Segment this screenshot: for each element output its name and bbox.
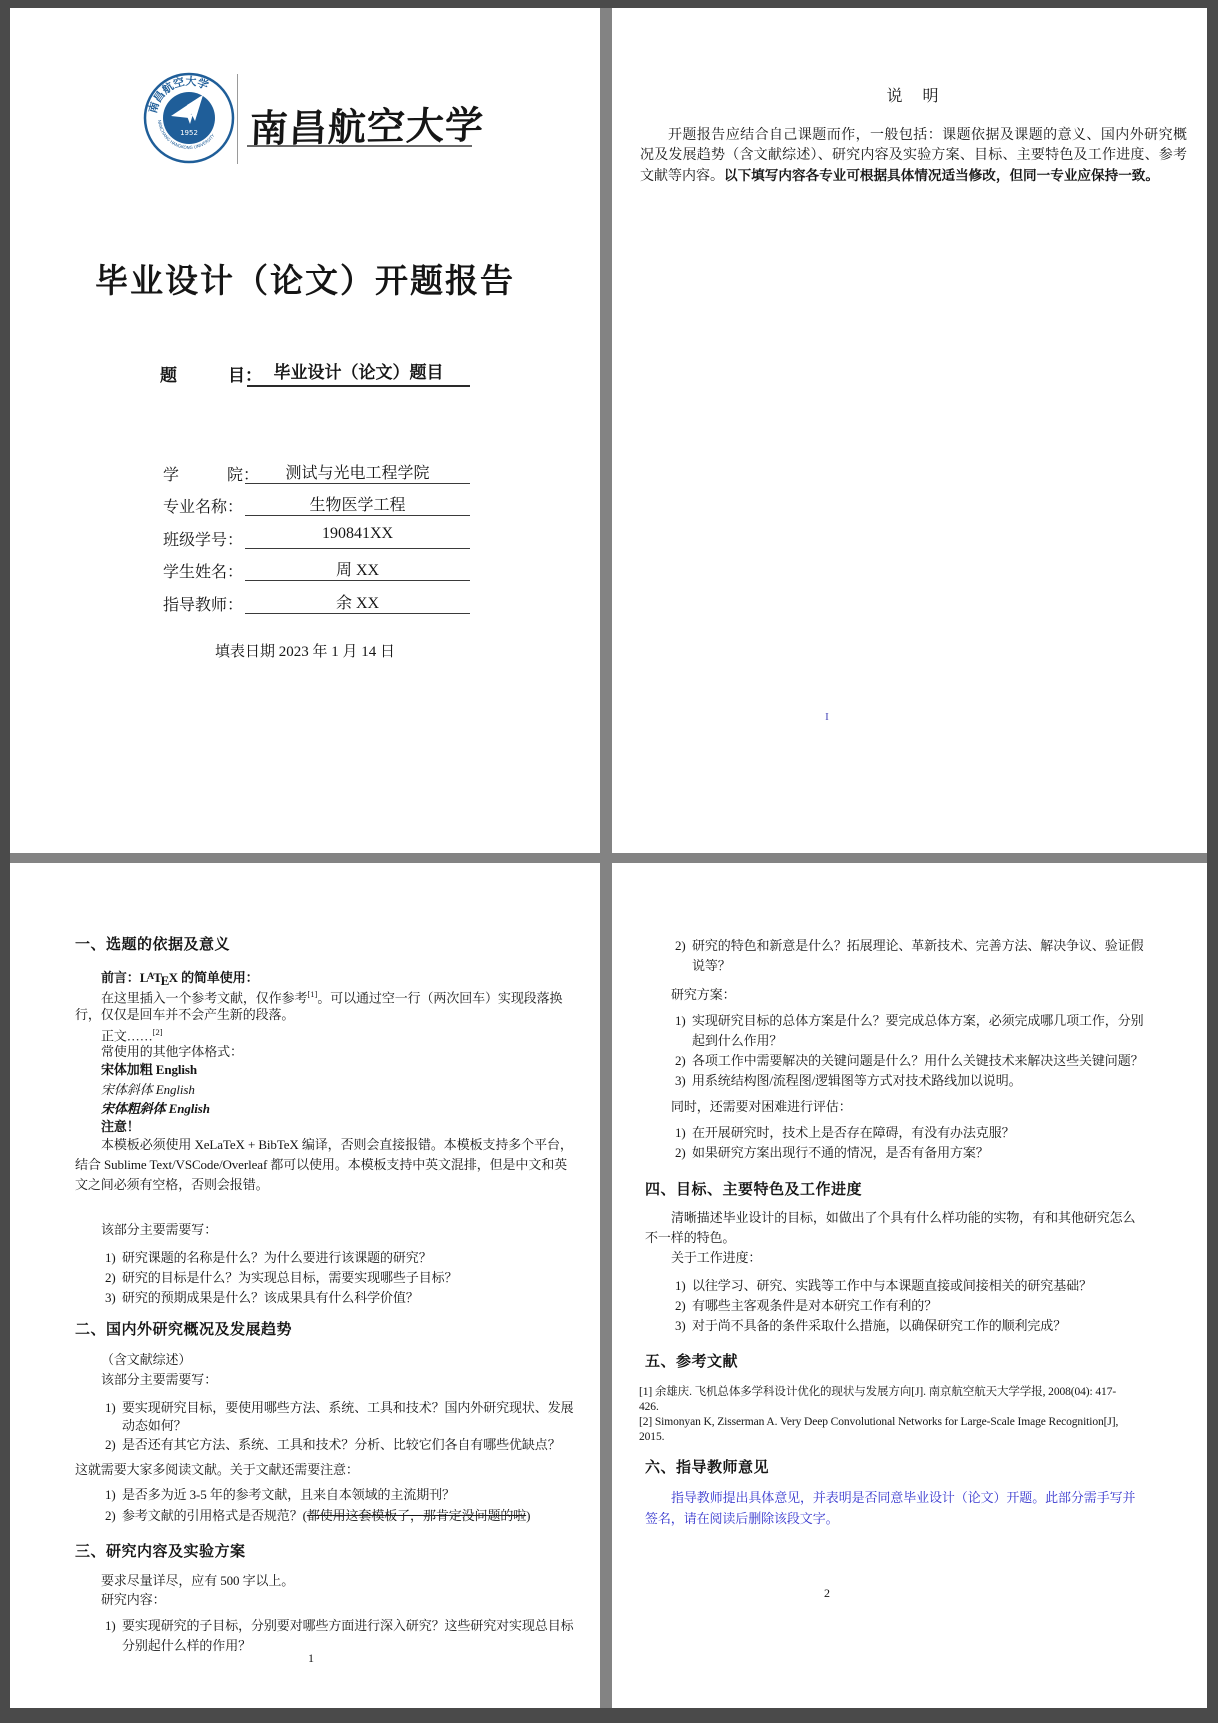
- fill-date: 填表日期 2023 年 1 月 14 日: [10, 640, 600, 661]
- page-cover: 南昌航空大学 NANCHANG HANGKONG UNIVERSITY 1952…: [10, 8, 600, 853]
- preface-suffix: 的简单使用：: [178, 970, 259, 985]
- notice-line: 注意！: [75, 1117, 547, 1136]
- list-number: 2): [675, 1051, 686, 1070]
- notes-line-normal: 文献等内容。: [640, 169, 724, 184]
- list-text: 研究课题的名称是什么？为什么要进行该课题的研究？: [122, 1248, 432, 1267]
- section-heading-2: 二、国内外研究概况及发展趋势: [75, 1318, 292, 1339]
- notes-line: 况及发展趋势（含文献综述）、研究内容及实验方案、目标、主要特色及工作进度、参考: [640, 146, 1187, 166]
- field-label: 专业名称：: [163, 494, 243, 517]
- subject-value: 毕业设计（论文）题目: [247, 358, 470, 387]
- page-number: 2: [807, 1586, 847, 1601]
- list-item-continuation: 说等？: [645, 956, 1115, 975]
- notes-title: 说 明: [640, 83, 1187, 106]
- body-line: 该部分主要需要写：: [75, 1370, 547, 1389]
- font-sample-bold-italic: 宋体粗斜体 English: [75, 1099, 547, 1118]
- citation-link[interactable]: [1]: [307, 989, 317, 999]
- body-line: 这就需要大家多阅读文献。关于文献还需要注意：: [75, 1460, 547, 1479]
- body-line: 研究方案：: [645, 985, 1115, 1004]
- body-line: 要求尽量详尽，应有 500 字以上。: [75, 1571, 547, 1590]
- advisor-placeholder-line: 指导教师提出具体意见，并表明是否同意毕业设计（论文）开题。此部分需手写并: [645, 1488, 1115, 1507]
- body-text: 。可以通过空一行（两次回车）实现段落换: [317, 990, 562, 1005]
- notes-line: 文献等内容。以下填写内容各专业可根据具体情况适当修改，但同一专业应保持一致。: [640, 166, 1187, 187]
- reference-line: 2015.: [639, 1430, 1117, 1445]
- body-line: 文之间必须有空格，否则会报错。: [75, 1175, 547, 1194]
- university-logo-icon: 南昌航空大学 NANCHANG HANGKONG UNIVERSITY 1952: [143, 72, 235, 164]
- body-line: （含文献综述）: [75, 1350, 547, 1369]
- field-value: 190841XX: [245, 525, 470, 549]
- list-text: 是否多为近 3-5 年的参考文献，且来自本领域的主流期刊？: [122, 1485, 455, 1504]
- citation-link[interactable]: [2]: [153, 1027, 163, 1037]
- body-line: 行，仅仅是回车并不会产生新的段落。: [75, 1005, 547, 1024]
- field-row-advisor: 指导教师： 余 XX: [10, 590, 600, 618]
- section-heading-3: 三、研究内容及实验方案: [75, 1540, 246, 1561]
- field-value: 周 XX: [245, 557, 470, 581]
- list-number: 1): [675, 1123, 686, 1142]
- section-heading-4: 四、目标、主要特色及工作进度: [645, 1178, 862, 1199]
- preface-prefix: 前言：: [101, 970, 140, 985]
- list-text: 要实现研究的子目标，分别要对哪些方面进行深入研究？这些研究对实现总目标: [122, 1616, 574, 1635]
- list-text: 以往学习、研究、实践等工作中与本课题直接或间接相关的研究基础？: [692, 1276, 1092, 1295]
- list-number: 1): [105, 1398, 116, 1417]
- font-sample-italic: 宋体斜体 English: [75, 1080, 547, 1099]
- cover-title: 毕业设计（论文）开题报告: [10, 255, 600, 302]
- list-text: 是否还有其它方法、系统、工具和技术？分析、比较它们各自有哪些优缺点？: [122, 1435, 561, 1454]
- page-number: 1: [75, 1651, 547, 1666]
- list-number: 2): [105, 1268, 116, 1287]
- list-text: 有哪些主客观条件是对本研究工作有利的？: [692, 1296, 937, 1315]
- list-text: 参考文献的引用格式是否规范？(都使用这套模板了，那肯定没问题的啦): [122, 1506, 530, 1525]
- list-text: 研究的目标是什么？为实现总目标，需要实现哪些子目标？: [122, 1268, 457, 1287]
- reference-line: [1] 余雄庆. 飞机总体多学科设计优化的现状与发展方向[J]. 南京航空航天大…: [639, 1385, 1117, 1400]
- list-number: 3): [675, 1316, 686, 1335]
- list-number: 1): [105, 1485, 116, 1504]
- field-value: 测试与光电工程学院: [245, 460, 470, 484]
- body-line: 常使用的其他字体格式：: [75, 1042, 547, 1061]
- body-line: 本模板必须使用 XeLaTeX + BibTeX 编译，否则会直接报错。本模板支…: [75, 1135, 547, 1154]
- latex-logo: LATEX: [140, 970, 178, 985]
- field-value: 生物医学工程: [245, 492, 470, 516]
- list-number: 2): [105, 1506, 116, 1525]
- university-name-underline: [247, 145, 472, 147]
- list-text: 研究的特色和新意是什么？拓展理论、革新技术、完善方法、解决争议、验证假: [692, 936, 1144, 955]
- field-label: 指导教师：: [163, 592, 243, 615]
- field-row-major: 专业名称： 生物医学工程: [10, 492, 600, 520]
- list-number: 2): [675, 936, 686, 955]
- field-row-student-name: 学生姓名： 周 XX: [10, 557, 600, 585]
- list-text: 研究的预期成果是什么？该成果具有什么科学价值？: [122, 1288, 419, 1307]
- field-label: 学生姓名：: [163, 559, 243, 582]
- list-number: 2): [675, 1296, 686, 1315]
- reference-line: 426.: [639, 1400, 1117, 1415]
- list-text: 对于尚不具备的条件采取什么措施，以确保研究工作的顺利完成？: [692, 1316, 1066, 1335]
- list-text: 要实现研究目标，要使用哪些方法、系统、工具和技术？国内外研究现状、发展: [122, 1398, 574, 1417]
- logo-divider: [237, 74, 238, 164]
- list-item-continuation: 动态如何？: [75, 1416, 547, 1435]
- body-line: 结合 Sublime Text/VSCode/Overleaf 都可以使用。本模…: [75, 1155, 547, 1174]
- body-line: 该部分主要需要写：: [75, 1220, 547, 1239]
- body-line: 研究内容：: [75, 1590, 547, 1609]
- body-line: 同时，还需要对困难进行评估：: [645, 1097, 1115, 1116]
- list-number: 1): [105, 1616, 116, 1635]
- pdf-viewer-background: { "cover": { "logo": { "ring_top_text": …: [0, 0, 1218, 1723]
- list-text: 各项工作中需要解决的关键问题是什么？用什么关键技术来解决这些关键问题？: [692, 1051, 1144, 1070]
- list-number: 2): [105, 1435, 116, 1454]
- reference-line: [2] Simonyan K, Zisserman A. Very Deep C…: [639, 1415, 1117, 1430]
- list-text: 在开展研究时，技术上是否存在障碍，有没有办法克服？: [692, 1123, 1015, 1142]
- page-number: I: [807, 711, 847, 723]
- list-number: 3): [675, 1071, 686, 1090]
- field-value: 余 XX: [245, 590, 470, 614]
- svg-text:1952: 1952: [180, 129, 198, 137]
- notes-line: 开题报告应结合自己课题而作，一般包括：课题依据及课题的意义、国内外研究概: [640, 126, 1187, 146]
- body-line: 关于工作进度：: [645, 1248, 1115, 1267]
- list-number: 1): [675, 1011, 686, 1030]
- field-row-college: 学 院： 测试与光电工程学院: [10, 460, 600, 488]
- page-notes: 说 明 开题报告应结合自己课题而作，一般包括：课题依据及课题的意义、国内外研究概…: [612, 8, 1207, 853]
- body-line: 清晰描述毕业设计的目标，如做出了个具有什么样功能的实物，有和其他研究怎么: [645, 1208, 1115, 1227]
- page-body-2: 2)研究的特色和新意是什么？拓展理论、革新技术、完善方法、解决争议、验证假 说等…: [612, 863, 1207, 1708]
- subject-row: 题 目： 毕业设计（论文）题目: [10, 358, 600, 392]
- notes-line-bold: 以下填写内容各专业可根据具体情况适当修改，但同一专业应保持一致。: [724, 168, 1159, 183]
- font-sample-bold: 宋体加粗 English: [75, 1060, 547, 1079]
- list-number: 2): [675, 1143, 686, 1162]
- body-line: 在这里插入一个参考文献，仅作参考[1]。可以通过空一行（两次回车）实现段落换: [75, 985, 547, 1007]
- list-item-continuation: 起到什么作用？: [645, 1031, 1115, 1050]
- struck-text: 都使用这套模板了，那肯定没问题的啦: [307, 1508, 526, 1523]
- list-text: 用系统结构图/流程图/逻辑图等方式对技术路线加以说明。: [692, 1071, 1022, 1090]
- field-row-class-id: 班级学号： 190841XX: [10, 525, 600, 553]
- list-number: 1): [105, 1248, 116, 1267]
- section-heading-6: 六、指导教师意见: [645, 1456, 769, 1477]
- body-line: 不一样的特色。: [645, 1228, 1115, 1247]
- list-text: 实现研究目标的总体方案是什么？要完成总体方案，必须完成哪几项工作，分别: [692, 1011, 1144, 1030]
- page-body-1: 一、选题的依据及意义 前言：LATEX 的简单使用： 在这里插入一个参考文献，仅…: [10, 863, 600, 1708]
- page-gap-horizontal: [10, 853, 1207, 863]
- section-heading-5: 五、参考文献: [645, 1350, 738, 1371]
- section-heading-1: 一、选题的依据及意义: [75, 933, 230, 954]
- list-number: 3): [105, 1288, 116, 1307]
- advisor-placeholder-line: 签名，请在阅读后删除该段文字。: [645, 1509, 1115, 1528]
- list-number: 1): [675, 1276, 686, 1295]
- list-text: 如果研究方案出现行不通的情况，是否有备用方案？: [692, 1143, 989, 1162]
- field-label: 班级学号：: [163, 527, 243, 550]
- body-text: 在这里插入一个参考文献，仅作参考: [101, 990, 307, 1005]
